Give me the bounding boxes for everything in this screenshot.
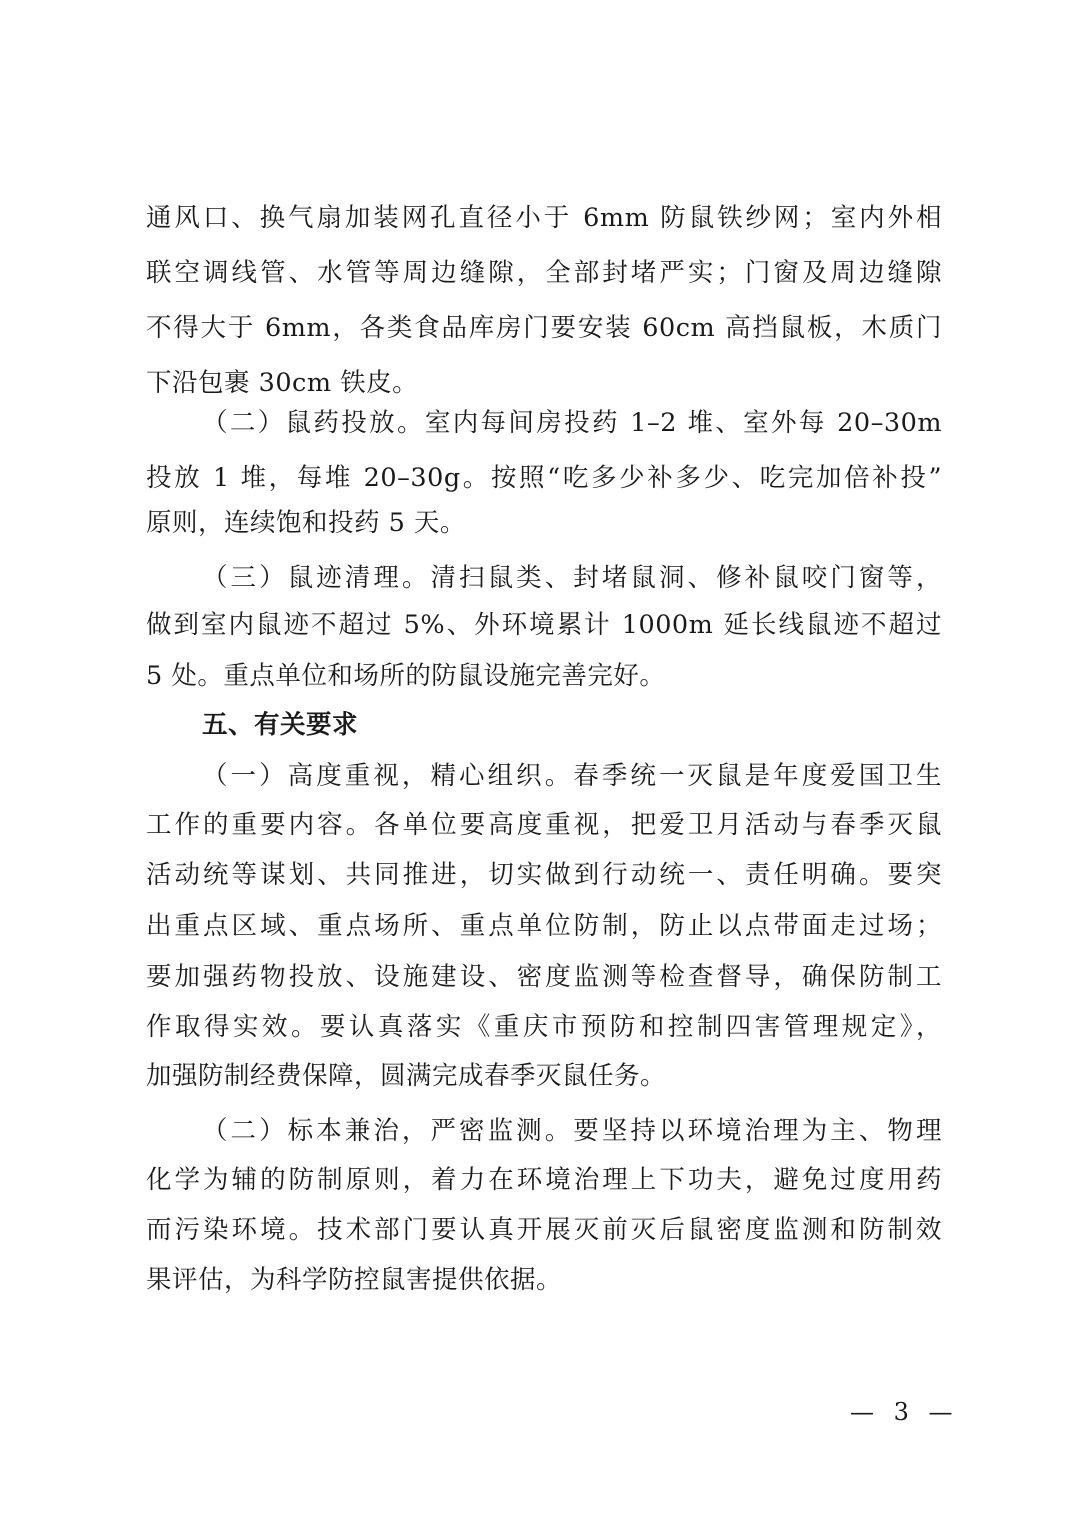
paragraph-first-line: （二）鼠药投放。室内每间房投药 1–2 堆、室外每 20–30m — [146, 406, 942, 440]
paragraph-line: 作取得实效。要认真落实《重庆市预防和控制四害管理规定》， — [146, 1010, 942, 1044]
page-number: — 3 — — [850, 1398, 959, 1426]
subsection-lead: （二）鼠药投放。 — [202, 408, 425, 438]
paragraph-line: 联空调线管、水管等周边缝隙，全部封堵严实；门窗及周边缝隙 — [146, 256, 942, 290]
paragraph-first-line: （一）高度重视，精心组织。春季统一灭鼠是年度爱国卫生 — [146, 759, 942, 793]
paragraph-line: 要加强药物投放、设施建设、密度监测等检查督导，确保防制工 — [146, 960, 942, 994]
paragraph-line: 通风口、换气扇加装网孔直径小于 6mm 防鼠铁纱网；室内外相 — [146, 201, 942, 235]
paragraph-line: 果评估，为科学防控鼠害提供依据。 — [146, 1263, 942, 1297]
paragraph-text: 清扫鼠类、封堵鼠洞、修补鼠咬门窗等， — [430, 563, 942, 593]
paragraph-line: 做到室内鼠迹不超过 5%、外环境累计 1000m 延长线鼠迹不超过 — [146, 608, 942, 642]
paragraph-line: 原则，连续饱和投药 5 天。 — [146, 506, 942, 540]
paragraph-line: 出重点区域、重点场所、重点单位防制，防止以点带面走过场； — [146, 909, 942, 943]
paragraph-line: 加强防制经费保障，圆满完成春季灭鼠任务。 — [146, 1059, 942, 1093]
paragraph-line: 工作的重要内容。各单位要高度重视，把爱卫月活动与春季灭鼠 — [146, 808, 942, 842]
paragraph-text: 室内每间房投药 1–2 堆、室外每 20–30m — [425, 408, 942, 438]
paragraph-line: 5 处。重点单位和场所的防鼠设施完善完好。 — [146, 659, 942, 693]
subsection-lead: （三）鼠迹清理。 — [202, 563, 430, 593]
paragraph-first-line: （三）鼠迹清理。清扫鼠类、封堵鼠洞、修补鼠咬门窗等， — [146, 561, 942, 595]
paragraph-text: 要坚持以环境治理为主、物理 — [573, 1116, 942, 1146]
section-heading: 五、有关要求 — [146, 708, 942, 742]
paragraph-line: 投放 1 堆，每堆 20–30g。按照“吃多少补多少、吃完加倍补投” — [146, 461, 942, 495]
paragraph-line: 化学为辅的防制原则，着力在环境治理上下功夫，避免过度用药 — [146, 1163, 942, 1197]
subsection-lead: （一）高度重视，精心组织。 — [202, 761, 573, 791]
paragraph-line: 不得大于 6mm，各类食品库房门要安装 60cm 高挡鼠板，木质门 — [146, 311, 942, 345]
paragraph-line: 而污染环境。技术部门要认真开展灭前灭后鼠密度监测和防制效 — [146, 1213, 942, 1247]
paragraph-line: 活动统等谋划、共同推进，切实做到行动统一、责任明确。要突 — [146, 858, 942, 892]
paragraph-first-line: （二）标本兼治，严密监测。要坚持以环境治理为主、物理 — [146, 1114, 942, 1148]
paragraph-line: 下沿包裹 30cm 铁皮。 — [146, 366, 942, 400]
subsection-lead: （二）标本兼治，严密监测。 — [202, 1116, 573, 1146]
paragraph-text: 春季统一灭鼠是年度爱国卫生 — [573, 761, 942, 791]
